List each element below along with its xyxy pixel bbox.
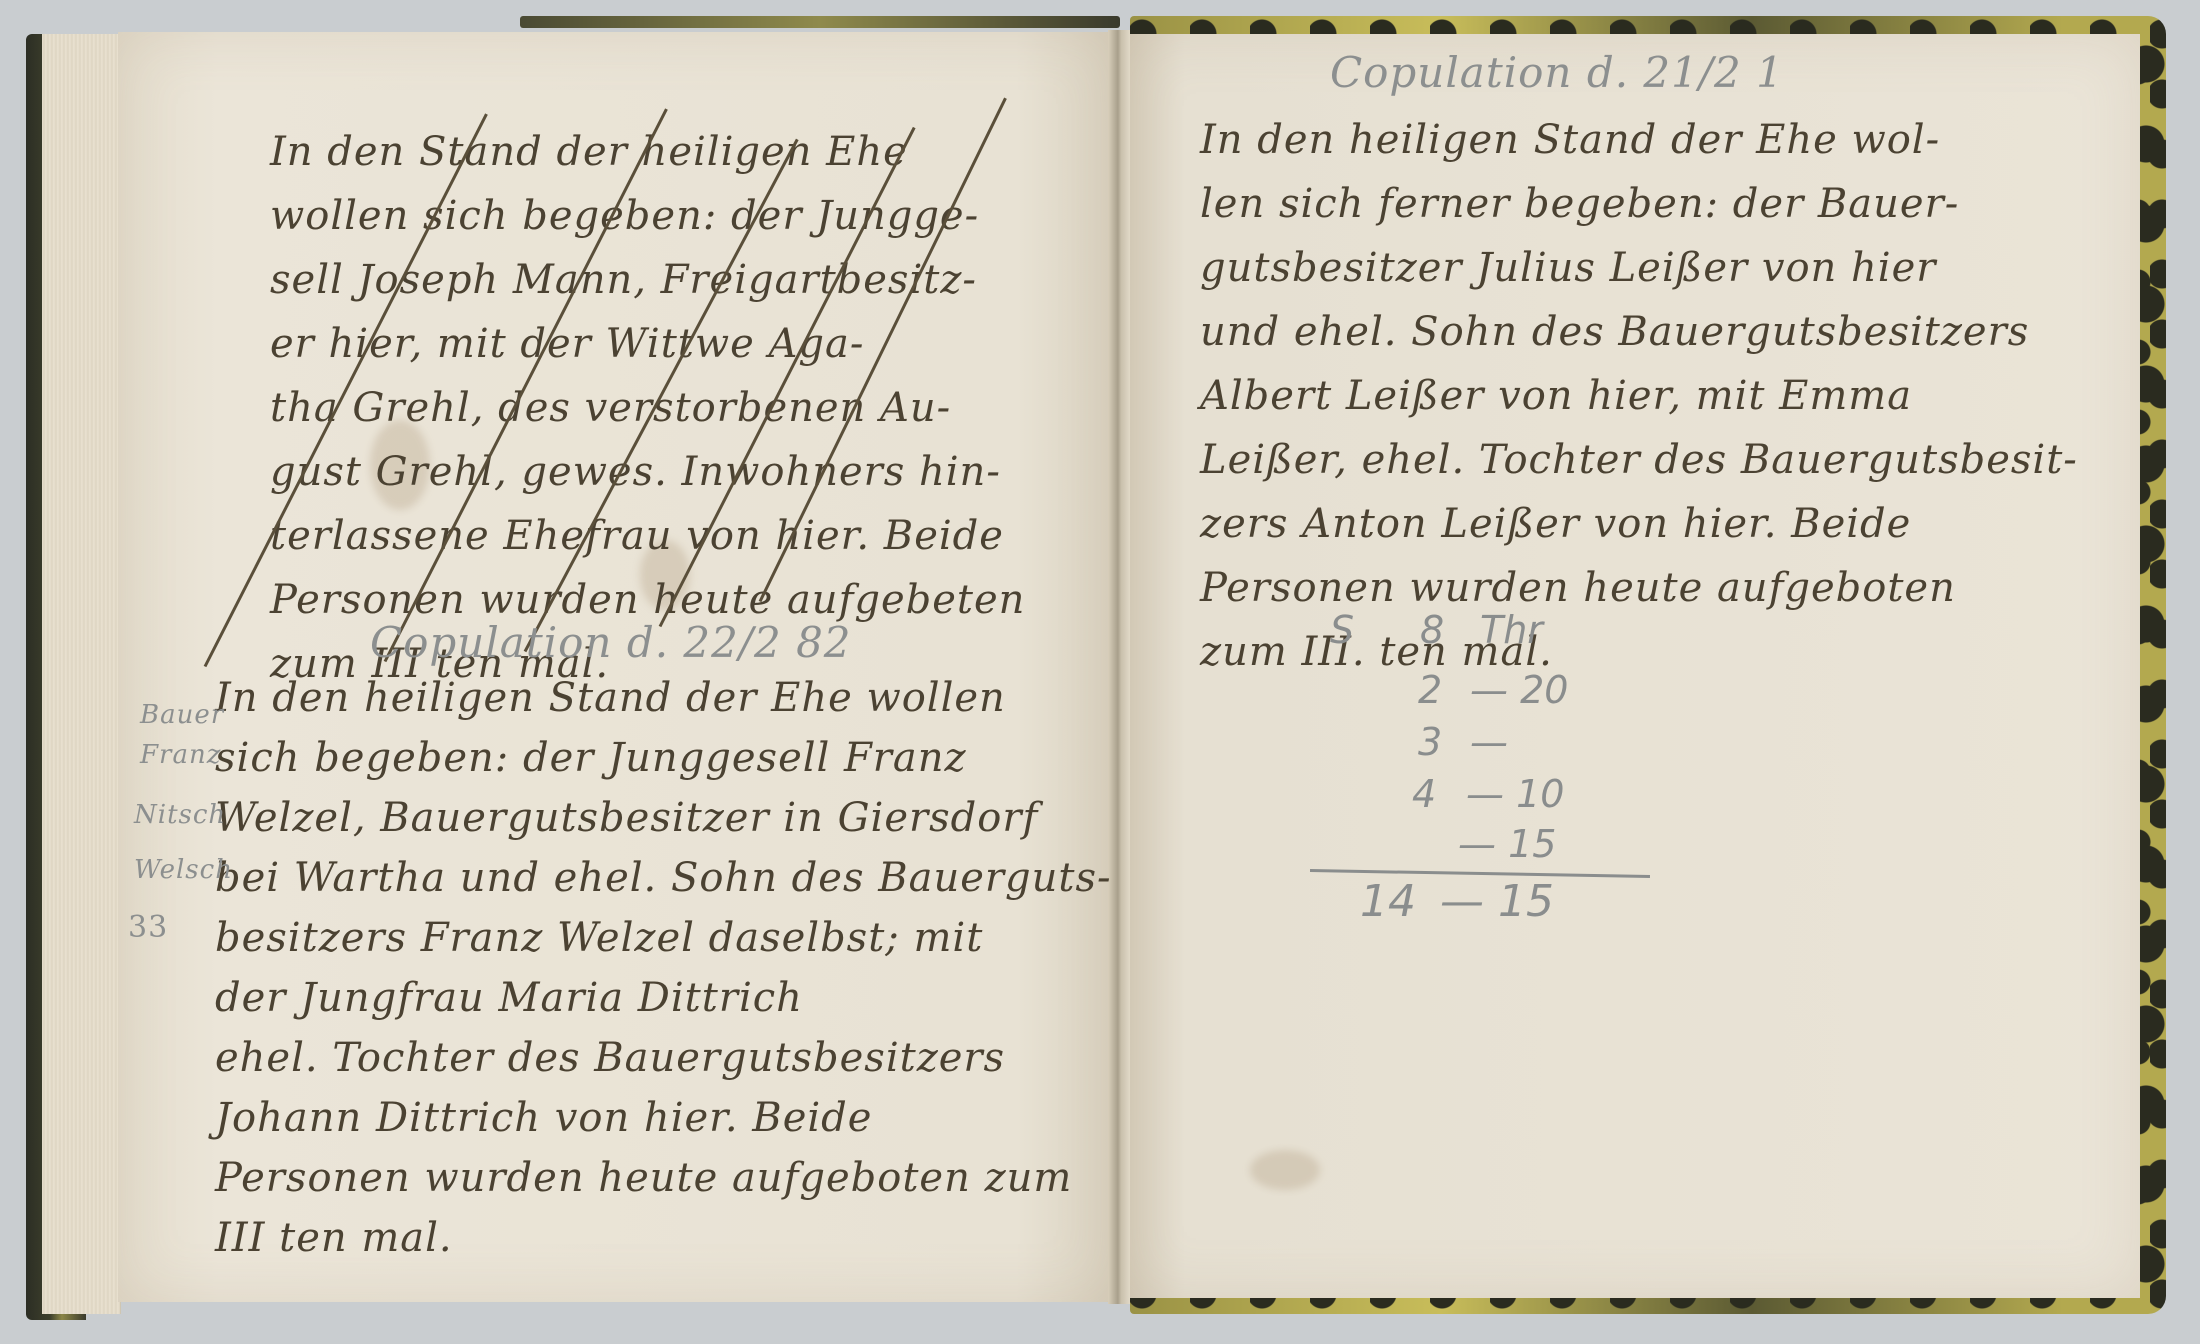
entry-3-line: zers Anton Leißer von hier. Beide	[1200, 492, 2078, 556]
calc-cell: 4	[1412, 772, 1436, 816]
entry-1-line: er hier, mit der Wittwe Aga-	[270, 312, 1025, 376]
open-book: In den Stand der heiligen Ehe wollen sic…	[0, 0, 2200, 1344]
entry-3-line: gutsbesitzer Julius Leißer von hier	[1200, 236, 2078, 300]
calc-cell: 8	[1420, 608, 1444, 652]
paper-stain	[1250, 1150, 1320, 1190]
calc-cell: 2	[1418, 668, 1442, 712]
margin-note-number: 33	[128, 910, 168, 945]
entry-1-line: gust Grehl, gewes. Inwohners hin-	[270, 440, 1025, 504]
entry-2-line: Johann Dittrich von hier. Beide	[215, 1088, 1111, 1148]
calc-cell: — 15	[1458, 822, 1556, 866]
entry-2-line: besitzers Franz Welzel daselbst; mit	[215, 908, 1111, 968]
entry-2-line: bei Wartha und ehel. Sohn des Bauerguts-	[215, 848, 1111, 908]
calc-cell: Thr	[1480, 608, 1543, 652]
entry-1-line: terlassene Ehefrau von hier. Beide	[270, 504, 1025, 568]
entry-1-line: tha Grehl, des verstorbenen Au-	[270, 376, 1025, 440]
calc-cell: — 20	[1470, 668, 1568, 712]
entry-2-line: Welzel, Bauergutsbesitzer in Giersdorf	[215, 788, 1111, 848]
entry-2-line: sich begeben: der Junggesell Franz	[215, 728, 1111, 788]
calc-cell: —	[1470, 720, 1508, 764]
cover-top-edge	[520, 16, 1120, 28]
calc-total: — 15	[1440, 876, 1554, 927]
entry-3-line: In den heiligen Stand der Ehe wol-	[1200, 108, 2078, 172]
entry-3-line: Leißer, ehel. Tochter des Bauergutsbesit…	[1200, 428, 2078, 492]
entry-2-line: III ten mal.	[215, 1208, 1111, 1268]
margin-note: Bauer	[140, 700, 224, 730]
entry-1: In den Stand der heiligen Ehe wollen sic…	[270, 120, 1025, 696]
entry-1-line: sell Joseph Mann, Freigartbesitz-	[270, 248, 1025, 312]
calc-cell: 3	[1418, 720, 1442, 764]
entry-2-line: In den heiligen Stand der Ehe wollen	[215, 668, 1111, 728]
page-block-edges	[42, 34, 121, 1314]
entry-2: In den heiligen Stand der Ehe wollen sic…	[215, 668, 1111, 1268]
calc-total: 14	[1360, 876, 1416, 927]
entry-3: In den heiligen Stand der Ehe wol- len s…	[1200, 108, 2078, 684]
calc-cell: S	[1330, 608, 1354, 652]
entry-2-pencil-heading: Copulation d. 22/2 82	[370, 618, 852, 667]
entry-1-line: wollen sich begeben: der Jungge-	[270, 184, 1025, 248]
margin-note: Welsch	[134, 855, 233, 885]
entry-3-line: und ehel. Sohn des Bauergutsbesitzers	[1200, 300, 2078, 364]
margin-note: Franz	[140, 740, 221, 770]
calc-cell: — 10	[1466, 772, 1564, 816]
entry-2-line: der Jungfrau Maria Dittrich	[215, 968, 1111, 1028]
entry-3-pencil-heading: Copulation d. 21/2 1	[1330, 48, 1784, 97]
margin-note: Nitsch	[134, 800, 226, 830]
entry-2-line: Personen wurden heute aufgeboten zum	[215, 1148, 1111, 1208]
entry-3-line: len sich ferner begeben: der Bauer-	[1200, 172, 2078, 236]
entry-2-line: ehel. Tochter des Bauergutsbesitzers	[215, 1028, 1111, 1088]
entry-3-line: Albert Leißer von hier, mit Emma	[1200, 364, 2078, 428]
